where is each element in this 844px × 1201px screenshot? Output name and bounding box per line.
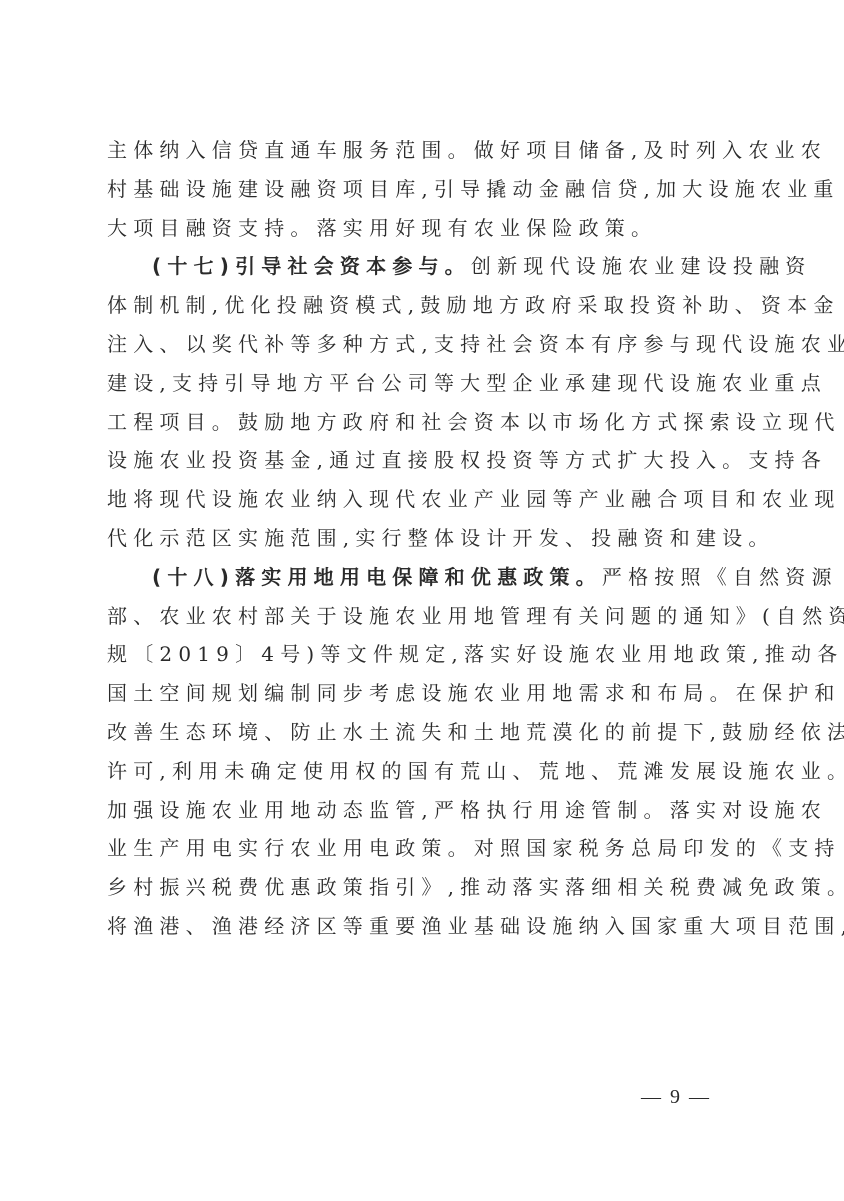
section-heading-17: (十七)引导社会资本参与。: [152, 254, 471, 278]
text-line: 注入、以奖代补等多种方式,支持社会资本有序参与现代设施农业: [107, 325, 741, 364]
paragraph-continued: 主体纳入信贷直通车服务范围。做好项目储备,及时列入农业农 村基础设施建设融资项目…: [107, 131, 741, 247]
text-line: 乡村振兴税费优惠政策指引》,推动落实落细相关税费减免政策。: [107, 868, 741, 907]
paragraph-18: (十八)落实用地用电保障和优惠政策。严格按照《自然资源 部、农业农村部关于设施农…: [107, 558, 741, 946]
text-line: 工程项目。鼓励地方政府和社会资本以市场化方式探索设立现代: [107, 403, 741, 442]
text-line: 体制机制,优化投融资模式,鼓励地方政府采取投资补助、资本金: [107, 286, 741, 325]
text-line: 部、农业农村部关于设施农业用地管理有关问题的通知》(自然资: [107, 597, 741, 636]
text-line-first: (十八)落实用地用电保障和优惠政策。严格按照《自然资源: [107, 558, 741, 597]
text-line: 代化示范区实施范围,实行整体设计开发、投融资和建设。: [107, 519, 741, 558]
text-run: 严格按照《自然资源: [602, 565, 838, 589]
page-number: — 9 —: [640, 1086, 712, 1109]
text-line: 将渔港、渔港经济区等重要渔业基础设施纳入国家重大项目范围,: [107, 907, 741, 946]
text-line-first: (十七)引导社会资本参与。创新现代设施农业建设投融资: [107, 247, 741, 286]
text-line: 许可,利用未确定使用权的国有荒山、荒地、荒滩发展设施农业。: [107, 752, 741, 791]
text-line: 地将现代设施农业纳入现代农业产业园等产业融合项目和农业现: [107, 480, 741, 519]
section-heading-18: (十八)落实用地用电保障和优惠政策。: [152, 565, 602, 589]
text-line: 主体纳入信贷直通车服务范围。做好项目储备,及时列入农业农: [107, 131, 741, 170]
paragraph-17: (十七)引导社会资本参与。创新现代设施农业建设投融资 体制机制,优化投融资模式,…: [107, 247, 741, 557]
text-line: 大项目融资支持。落实用好现有农业保险政策。: [107, 209, 741, 248]
text-line: 设施农业投资基金,通过直接股权投资等方式扩大投入。支持各: [107, 441, 741, 480]
text-line: 规〔2019〕4号)等文件规定,落实好设施农业用地政策,推动各地: [107, 635, 741, 674]
text-run: 创新现代设施农业建设投融资: [471, 254, 812, 278]
text-line: 建设,支持引导地方平台公司等大型企业承建现代设施农业重点: [107, 364, 741, 403]
document-body: 主体纳入信贷直通车服务范围。做好项目储备,及时列入农业农 村基础设施建设融资项目…: [107, 131, 741, 946]
text-line: 改善生态环境、防止水土流失和土地荒漠化的前提下,鼓励经依法: [107, 713, 741, 752]
text-line: 国土空间规划编制同步考虑设施农业用地需求和布局。在保护和: [107, 674, 741, 713]
text-line: 村基础设施建设融资项目库,引导撬动金融信贷,加大设施农业重: [107, 170, 741, 209]
text-line: 加强设施农业用地动态监管,严格执行用途管制。落实对设施农: [107, 791, 741, 830]
text-line: 业生产用电实行农业用电政策。对照国家税务总局印发的《支持: [107, 829, 741, 868]
